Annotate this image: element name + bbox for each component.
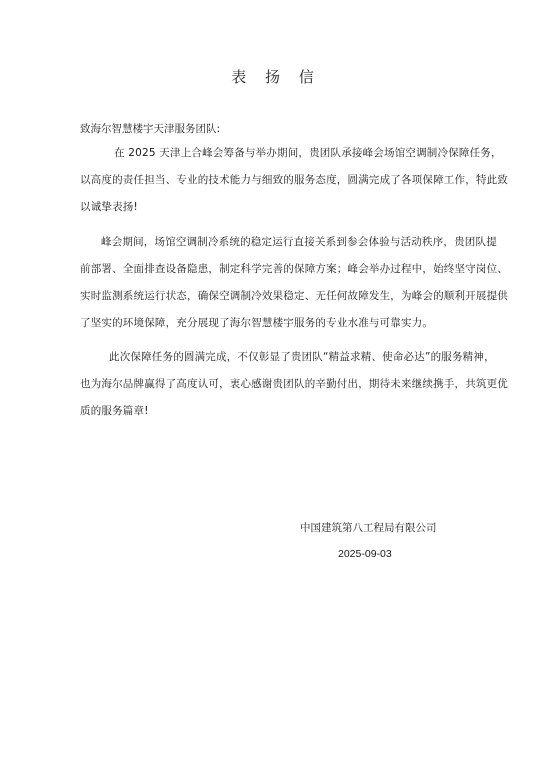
paragraph-1-line-2: 以高度的责任担当、专业的技术能力与细致的服务态度，圆满完成了各项保障工作，特此致 <box>80 172 508 187</box>
paragraph-1-line-3: 以诚挚表扬! <box>80 199 138 214</box>
paragraph-2-line-4: 了坚实的环境保障，充分展现了海尔智慧楼宇服务的专业水准与可靠实力。 <box>80 315 433 330</box>
paragraph-2-line-2: 前部署、全面排查设备隐患，制定科学完善的保障方案；峰会举办过程中，始终坚守岗位、 <box>80 261 508 276</box>
letter-page: 表 扬 信 致海尔智慧楼宇天津服务团队: 在 2025 天津上合峰会筹备与举办期… <box>0 0 546 774</box>
paragraph-3-line-2: 也为海尔品牌赢得了高度认可，衷心感谢贵团队的辛勤付出，期待未来继续携手，共筑更优 <box>80 376 508 391</box>
paragraph-2-line-1: 峰会期间，场馆空调制冷系统的稳定运行直接关系到参会体验与活动秩序，贵团队提 <box>101 234 497 249</box>
salutation: 致海尔智慧楼宇天津服务团队: <box>80 121 220 136</box>
signature-organization: 中国建筑第八工程局有限公司 <box>300 520 437 535</box>
paragraph-3-line-3: 质的服务篇章! <box>80 403 149 418</box>
paragraph-3-line-1: 此次保障任务的圆满完成，不仅彰显了贵团队“精益求精、使命必达”的服务精神， <box>109 349 495 364</box>
signature-date: 2025-09-03 <box>338 548 392 560</box>
letter-title: 表 扬 信 <box>0 66 546 87</box>
paragraph-1-line-1: 在 2025 天津上合峰会筹备与举办期间，贵团队承接峰会场馆空调制冷保障任务， <box>114 145 502 160</box>
paragraph-2-line-3: 实时监测系统运行状态，确保空调制冷效果稳定、无任何故障发生，为峰会的顺利开展提供 <box>80 288 508 303</box>
